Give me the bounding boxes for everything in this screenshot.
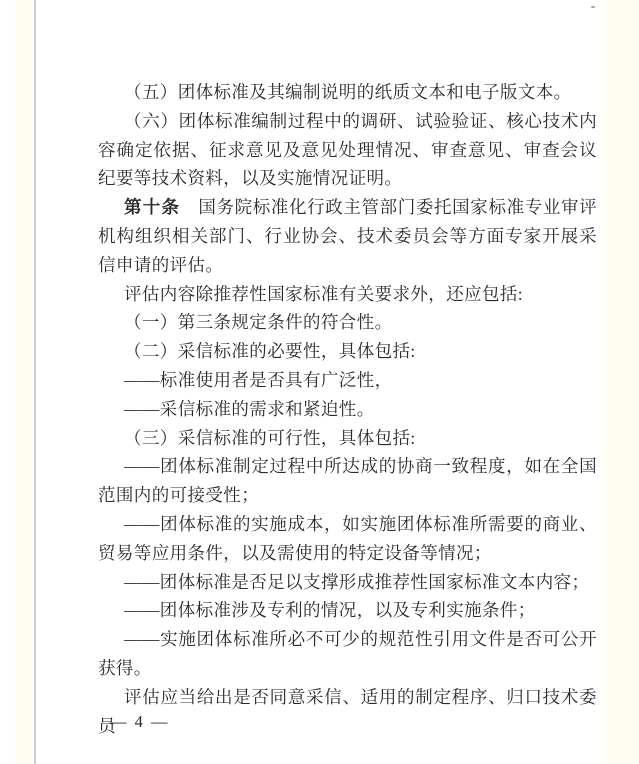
article-number: 第十条 [124, 197, 180, 217]
document-paragraph: 评估内容除推荐性国家标准有关要求外，还应包括: [98, 280, 597, 309]
document-paragraph: （六）团体标准编制过程中的调研、试验验证、核心技术内容确定依据、征求意见及意见处… [98, 107, 597, 193]
document-paragraph: （二）采信标准的必要性，具体包括: [98, 337, 597, 366]
scan-left-paper-edge [15, 0, 34, 764]
document-paragraph: ——采信标准的需求和紧迫性。 [98, 395, 597, 424]
page-number: — 4 — [110, 712, 170, 732]
document-paragraph: ——实施团体标准所必不可少的规范性引用文件是否可公开获得。 [98, 625, 597, 683]
scanned-document-page: （五）团体标准及其编制说明的纸质文本和电子版文本。（六）团体标准编制过程中的调研… [0, 0, 639, 764]
document-paragraph: 评估应当给出是否同意采信、适用的制定程序、归口技术委员 [98, 683, 597, 741]
document-paragraph: ——团体标准制定过程中所达成的协商一致程度，如在全国范围内的可接受性； [98, 452, 597, 510]
page-number-label: — 4 — [110, 712, 170, 731]
document-paragraph: ——团体标准的实施成本，如实施团体标准所需要的商业、贸易等应用条件，以及需使用的… [98, 510, 597, 568]
scan-dust-speck [591, 6, 595, 8]
document-paragraph: ——团体标准是否足以支撑形成推荐性国家标准文本内容； [98, 568, 597, 597]
document-paragraph: 第十条 国务院标准化行政主管部门委托国家标准专业审评机构组织相关部门、行业协会、… [98, 193, 597, 279]
document-paragraph: （一）第三条规定条件的符合性。 [98, 308, 597, 337]
document-body: （五）团体标准及其编制说明的纸质文本和电子版文本。（六）团体标准编制过程中的调研… [98, 78, 597, 740]
scan-right-paper-edge [605, 0, 639, 764]
document-paragraph: ——标准使用者是否具有广泛性， [98, 366, 597, 395]
document-paragraph: ——团体标准涉及专利的情况，以及专利实施条件； [98, 596, 597, 625]
scan-left-edge-line [34, 0, 36, 764]
document-paragraph: （五）团体标准及其编制说明的纸质文本和电子版文本。 [98, 78, 597, 107]
document-paragraph: （三）采信标准的可行性，具体包括: [98, 424, 597, 453]
